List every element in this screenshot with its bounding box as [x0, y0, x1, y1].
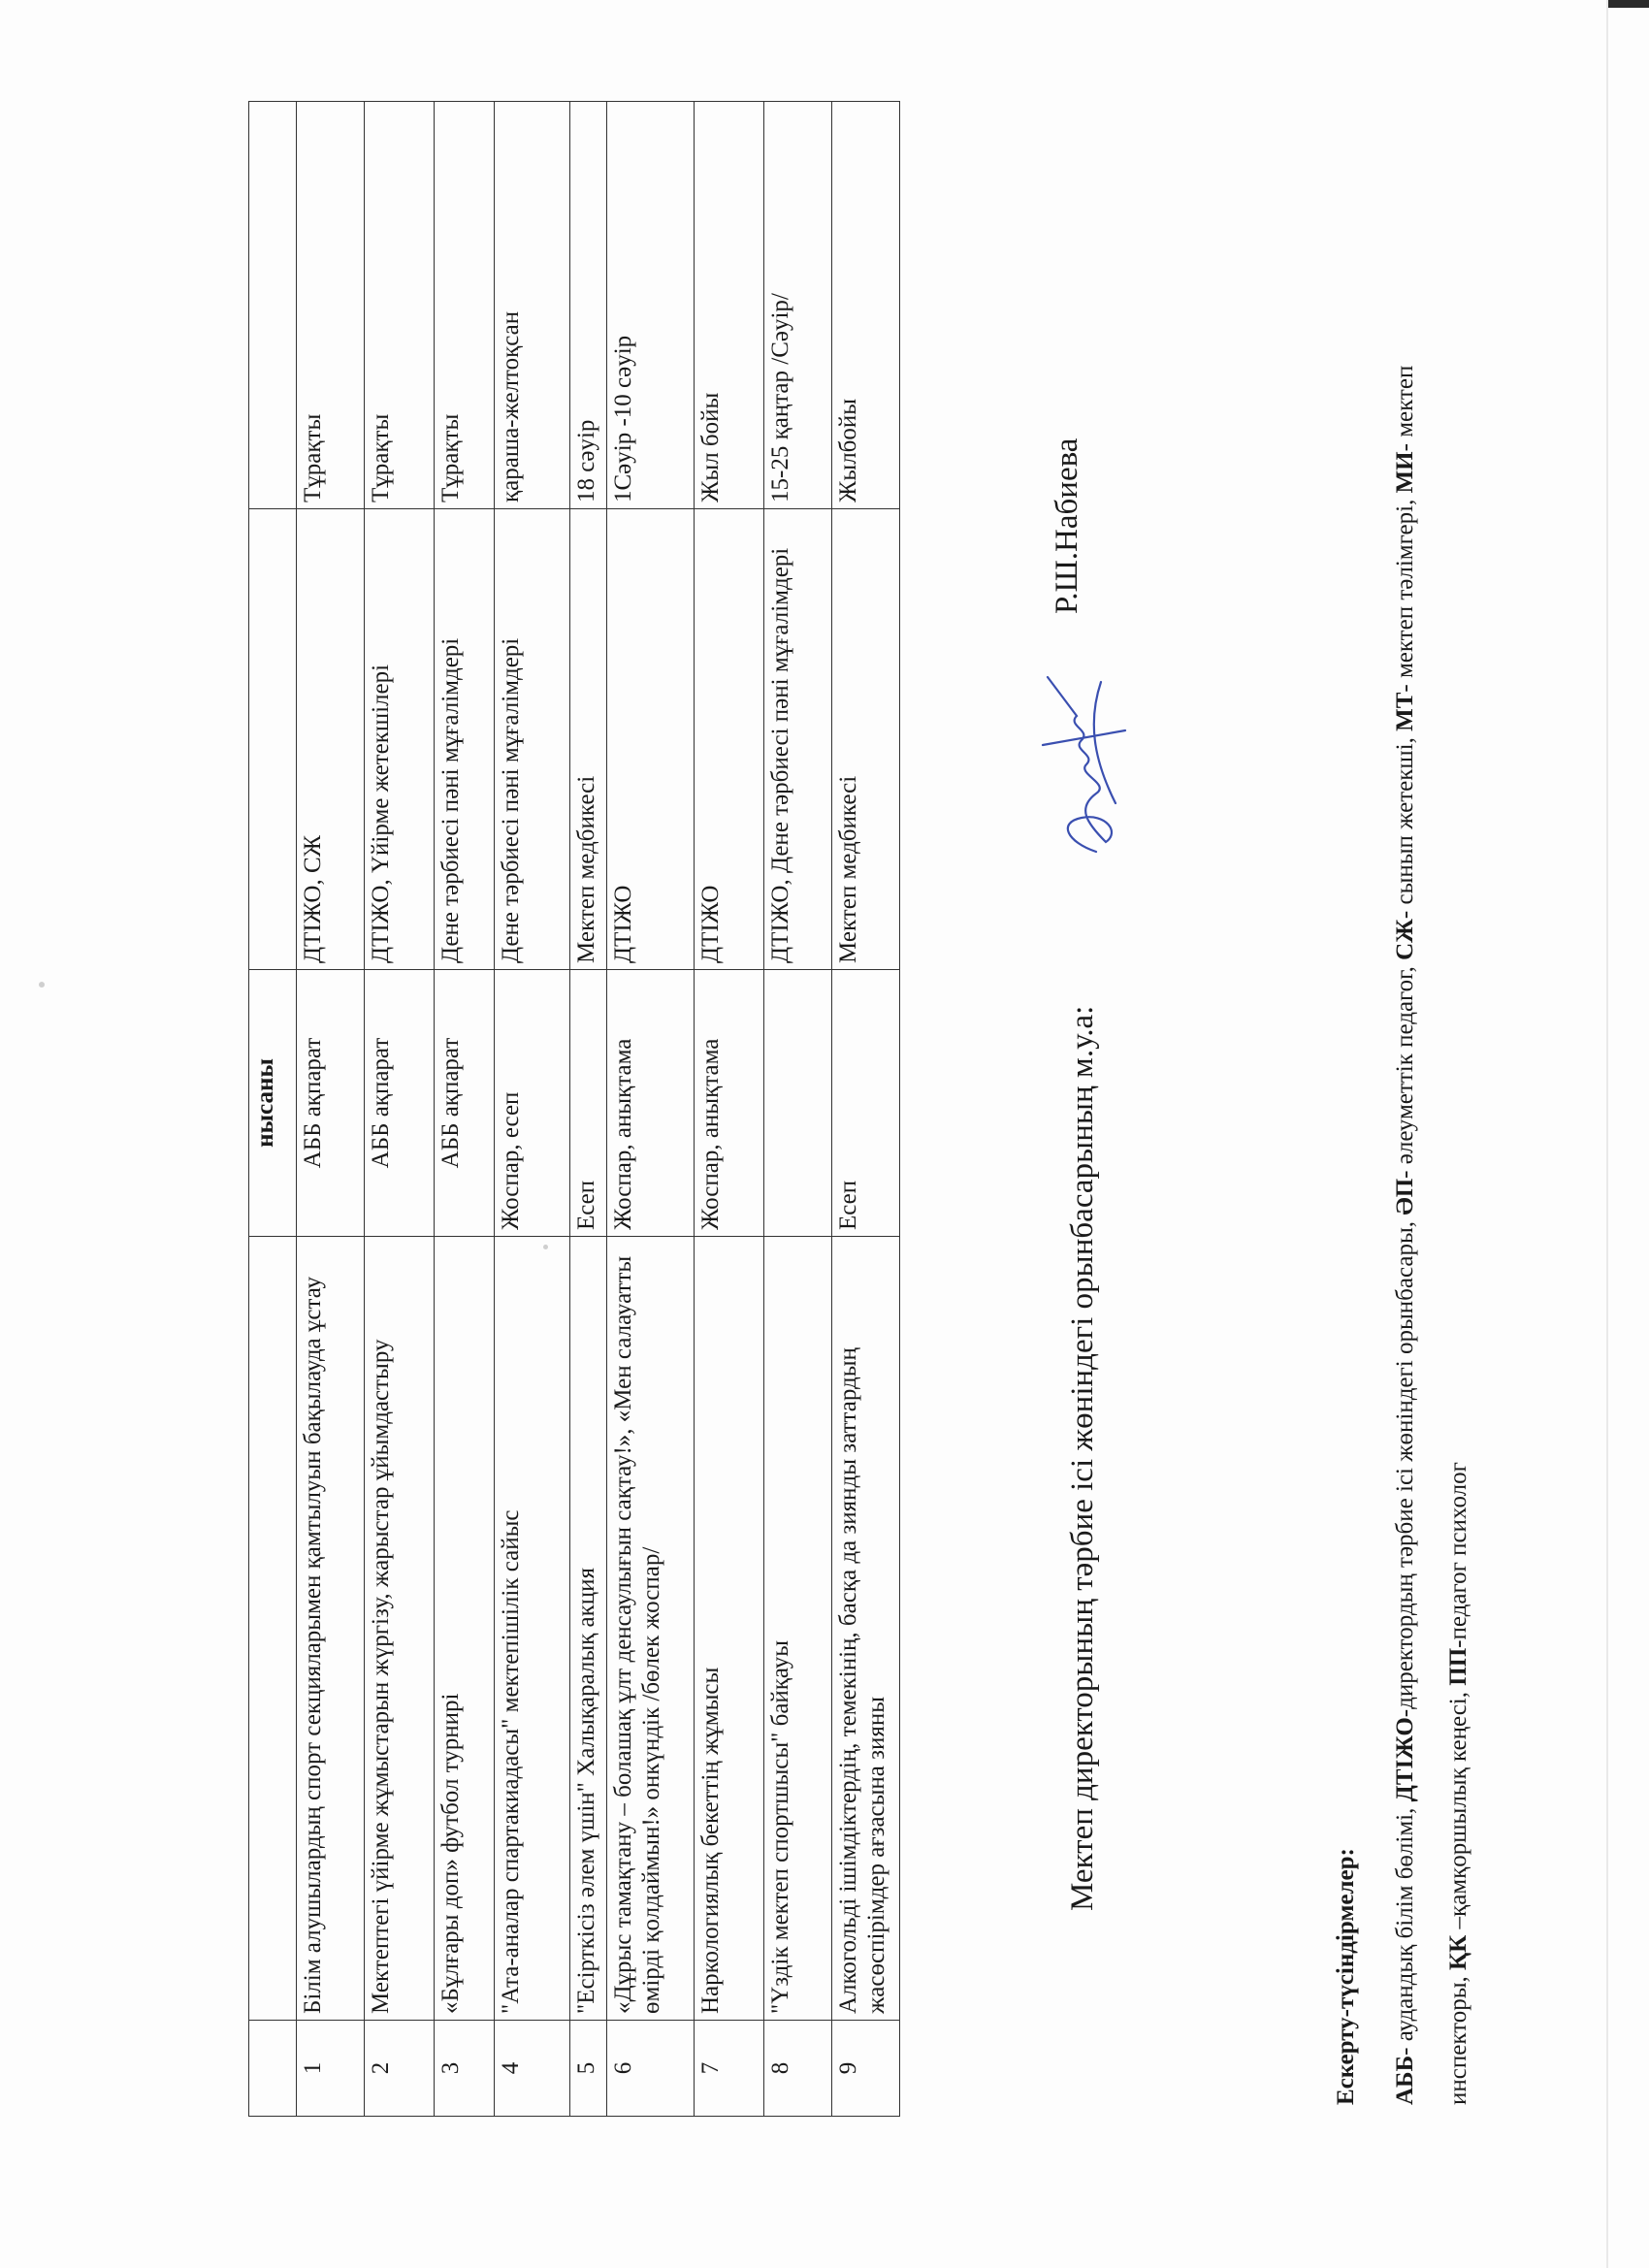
- deadline-cell: Тұрақты: [365, 102, 435, 509]
- activity-cell: "Ата-аналар спартакиадасы" мектепішілік …: [495, 1237, 570, 2021]
- deadline-cell: 1Сәуір -10 сәуір: [607, 102, 695, 509]
- abbreviation: МТ: [1392, 693, 1418, 731]
- abbreviation-meaning: инспекторы,: [1445, 1970, 1471, 2105]
- row-number: 3: [435, 2021, 495, 2117]
- responsible-cell: Мектеп медбикесі: [570, 509, 607, 970]
- abbreviation-meaning: - сынып жетекші,: [1392, 731, 1418, 919]
- deadline-cell: Жылбойы: [832, 102, 900, 509]
- activity-cell: Мектептегі үйірме жұмыстарын жүргізу, жа…: [365, 1237, 435, 2021]
- row-number: 5: [570, 2021, 607, 2117]
- footnotes-line-1: АББ- аудандық білім бөлімі, ДТІЖО-директ…: [1390, 68, 1420, 2105]
- table-row: 6«Дұрыс тамақтану – болашақ ұлт денсаулы…: [607, 102, 695, 2117]
- deadline-cell: Тұрақты: [297, 102, 365, 509]
- activity-cell: «Дұрыс тамақтану – болашақ ұлт денсаулығ…: [607, 1237, 695, 2021]
- deadline-cell: Тұрақты: [435, 102, 495, 509]
- form-cell: АББ ақпарат: [297, 970, 365, 1237]
- form-cell: АББ ақпарат: [435, 970, 495, 1237]
- activity-cell: «Бұлғары доп» футбол турнирі: [435, 1237, 495, 2021]
- row-number: 8: [764, 2021, 832, 2117]
- row-number: 4: [495, 2021, 570, 2117]
- table-row: 3«Бұлғары доп» футбол турниріАББ ақпарат…: [435, 102, 495, 2117]
- row-number: 1: [297, 2021, 365, 2117]
- responsible-cell: Мектеп медбикесі: [832, 509, 900, 970]
- table-row: 2Мектептегі үйірме жұмыстарын жүргізу, ж…: [365, 102, 435, 2117]
- table-header-row: нысаны: [249, 102, 297, 2117]
- abbreviation-meaning: - әлеуметтік педагог,: [1392, 960, 1418, 1179]
- header-activity: [249, 1237, 297, 2021]
- table-row: 4"Ата-аналар спартакиадасы" мектепішілік…: [495, 102, 570, 2117]
- form-cell: Жоспар, анықтама: [695, 970, 764, 1237]
- form-cell: АББ ақпарат: [365, 970, 435, 1237]
- table-row: 8"Үздік мектеп спортшысы" байқауыДТІЖО, …: [764, 102, 832, 2117]
- activity-cell: Алкогольді ішімдіктердің, темекінің, бас…: [832, 1237, 900, 2021]
- table-row: 7Наркологиялық бекеттің жұмысыЖоспар, ан…: [695, 102, 764, 2117]
- header-form: нысаны: [249, 970, 297, 1237]
- signature-position-label: Мектеп директорының тәрбие ісі жөніндегі…: [1065, 1006, 1101, 1911]
- row-number: 7: [695, 2021, 764, 2117]
- abbreviation: АББ: [1392, 2056, 1418, 2105]
- form-cell: Жоспар, есеп: [495, 970, 570, 1237]
- abbreviation: ДТІЖО: [1392, 1717, 1418, 1801]
- activity-cell: "Үздік мектеп спортшысы" байқауы: [764, 1237, 832, 2021]
- responsible-cell: ДТІЖО, Дене тәрбиесі пәні мұғалімдері: [764, 509, 832, 970]
- abbreviation-meaning: - мектеп тәлімгері,: [1392, 493, 1418, 692]
- row-number: 9: [832, 2021, 900, 2117]
- abbreviation: СЖ: [1392, 919, 1418, 960]
- scanned-page: нысаны 1Білім алушылардың спорт секцияла…: [0, 0, 1649, 2268]
- footnotes-line-2: инспекторы, ҚК –қамқоршылық кеңесі, ПП-п…: [1443, 68, 1473, 2105]
- deadline-cell: 18 сәуір: [570, 102, 607, 509]
- abbreviation-meaning: - мектеп: [1392, 366, 1418, 452]
- rotated-landscape-sheet: нысаны 1Білім алушылардың спорт секцияла…: [0, 0, 1649, 2268]
- abbreviation: ҚК: [1445, 1935, 1471, 1970]
- form-cell: [764, 970, 832, 1237]
- activity-plan-table: нысаны 1Білім алушылардың спорт секцияла…: [248, 101, 900, 2117]
- footnotes: Ескерту-түсіндірмелер: АББ- аудандық біл…: [1331, 68, 1497, 2105]
- responsible-cell: Дене тәрбиесі пәні мұғалімдері: [495, 509, 570, 970]
- scan-speck: [39, 982, 45, 988]
- abbreviation: МИ: [1392, 451, 1418, 493]
- activity-cell: Наркологиялық бекеттің жұмысы: [695, 1237, 764, 2021]
- header-responsible: [249, 509, 297, 970]
- abbreviation-meaning: -педагог психолог: [1445, 1462, 1471, 1648]
- row-number: 2: [365, 2021, 435, 2117]
- footnotes-title: Ескерту-түсіндірмелер:: [1331, 68, 1361, 2105]
- activity-cell: "Есірткісіз әлем үшін" Халықаралық акция: [570, 1237, 607, 2021]
- abbreviation-meaning: - аудандық білім бөлімі,: [1392, 1801, 1418, 2056]
- form-cell: Есеп: [832, 970, 900, 1237]
- responsible-cell: ДТІЖО, СЖ: [297, 509, 365, 970]
- handwritten-signature: [1028, 667, 1135, 861]
- table-row: 1Білім алушылардың спорт секцияларымен қ…: [297, 102, 365, 2117]
- responsible-cell: Дене тәрбиесі пәні мұғалімдері: [435, 509, 495, 970]
- form-cell: Есеп: [570, 970, 607, 1237]
- responsible-cell: ДТІЖО: [607, 509, 695, 970]
- abbreviation: ПП: [1445, 1648, 1471, 1686]
- responsible-cell: ДТІЖО, Үйірме жетекшілері: [365, 509, 435, 970]
- header-num: [249, 2021, 297, 2117]
- header-deadline: [249, 102, 297, 509]
- form-cell: Жоспар, анықтама: [607, 970, 695, 1237]
- row-number: 6: [607, 2021, 695, 2117]
- scan-speck: [543, 1245, 548, 1249]
- responsible-cell: ДТІЖО: [695, 509, 764, 970]
- abbreviation-meaning: –қамқоршылық кеңесі,: [1445, 1686, 1471, 1935]
- deadline-cell: қараша-желтоқсан: [495, 102, 570, 509]
- signatory-name: Р.Ш.Набиева: [1050, 438, 1085, 614]
- deadline-cell: 15-25 қаңтар /Сәуір/: [764, 102, 832, 509]
- deadline-cell: Жыл бойы: [695, 102, 764, 509]
- activity-cell: Білім алушылардың спорт секцияларымен қа…: [297, 1237, 365, 2021]
- table-row: 9Алкогольді ішімдіктердің, темекінің, ба…: [832, 102, 900, 2117]
- abbreviation-meaning: -директордың тәрбие ісі жөніндегі орынба…: [1392, 1215, 1418, 1717]
- table-row: 5"Есірткісіз әлем үшін" Халықаралық акци…: [570, 102, 607, 2117]
- abbreviation: ӘП: [1392, 1179, 1418, 1215]
